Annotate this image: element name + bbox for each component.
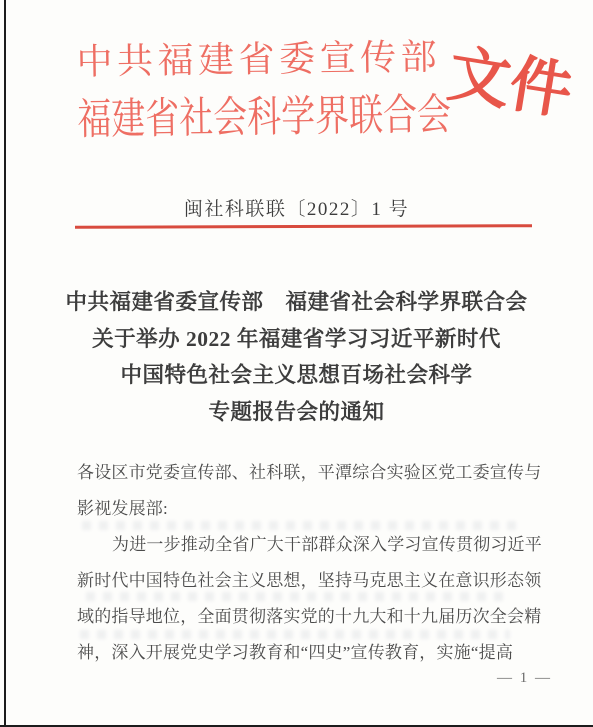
title-line-2: 关于举办 2022 年福建省学习习近平新时代 bbox=[0, 321, 593, 358]
body-line-2: 新时代中国特色社会主义思想，坚持马克思主义在意识形态领 bbox=[77, 563, 557, 599]
issuing-org-line-2-text: 福建省社会科学界联合会 bbox=[77, 92, 451, 145]
document-body: 各设区市党委宣传部、社科联，平潭综合实验区党工委宣传与 影视发展部: 为进一步推… bbox=[77, 455, 557, 671]
red-letterhead: 中共福建省委宣传部 福建省社会科学界联合会 文件 bbox=[0, 0, 593, 184]
salutation-line-2: 影视发展部: bbox=[77, 491, 557, 527]
issuing-org-line-1: 中共福建省委宣传部 bbox=[76, 38, 441, 83]
body-line-1: 为进一步推动全省广大干部群众深入学习宣传贯彻习近平 bbox=[77, 527, 557, 563]
salutation-line-1: 各设区市党委宣传部、社科联，平潭综合实验区党工委宣传与 bbox=[77, 455, 557, 491]
document-reference-number: 闽社科联联〔2022〕1 号 bbox=[0, 194, 593, 221]
body-line-3: 域的指导地位，全面贯彻落实党的十九大和十九届历次全会精 bbox=[77, 599, 557, 635]
body-line-4: 神，深入开展党史学习教育和“四史”宣传教育，实施“提高 bbox=[77, 635, 557, 671]
title-line-3: 中国特色社会主义思想百场社会科学 bbox=[0, 357, 593, 394]
title-line-4: 专题报告会的通知 bbox=[0, 394, 593, 431]
red-divider-rule bbox=[75, 224, 532, 229]
scanned-document-page: 中共福建省委宣传部 福建省社会科学界联合会 文件 闽社科联联〔2022〕1 号 … bbox=[0, 0, 593, 727]
document-title: 中共福建省委宣传部 福建省社会科学界联合会 关于举办 2022 年福建省学习习近… bbox=[0, 284, 593, 430]
page-number: — 1 — bbox=[497, 670, 552, 687]
title-line-1: 中共福建省委宣传部 福建省社会科学界联合会 bbox=[0, 284, 593, 321]
